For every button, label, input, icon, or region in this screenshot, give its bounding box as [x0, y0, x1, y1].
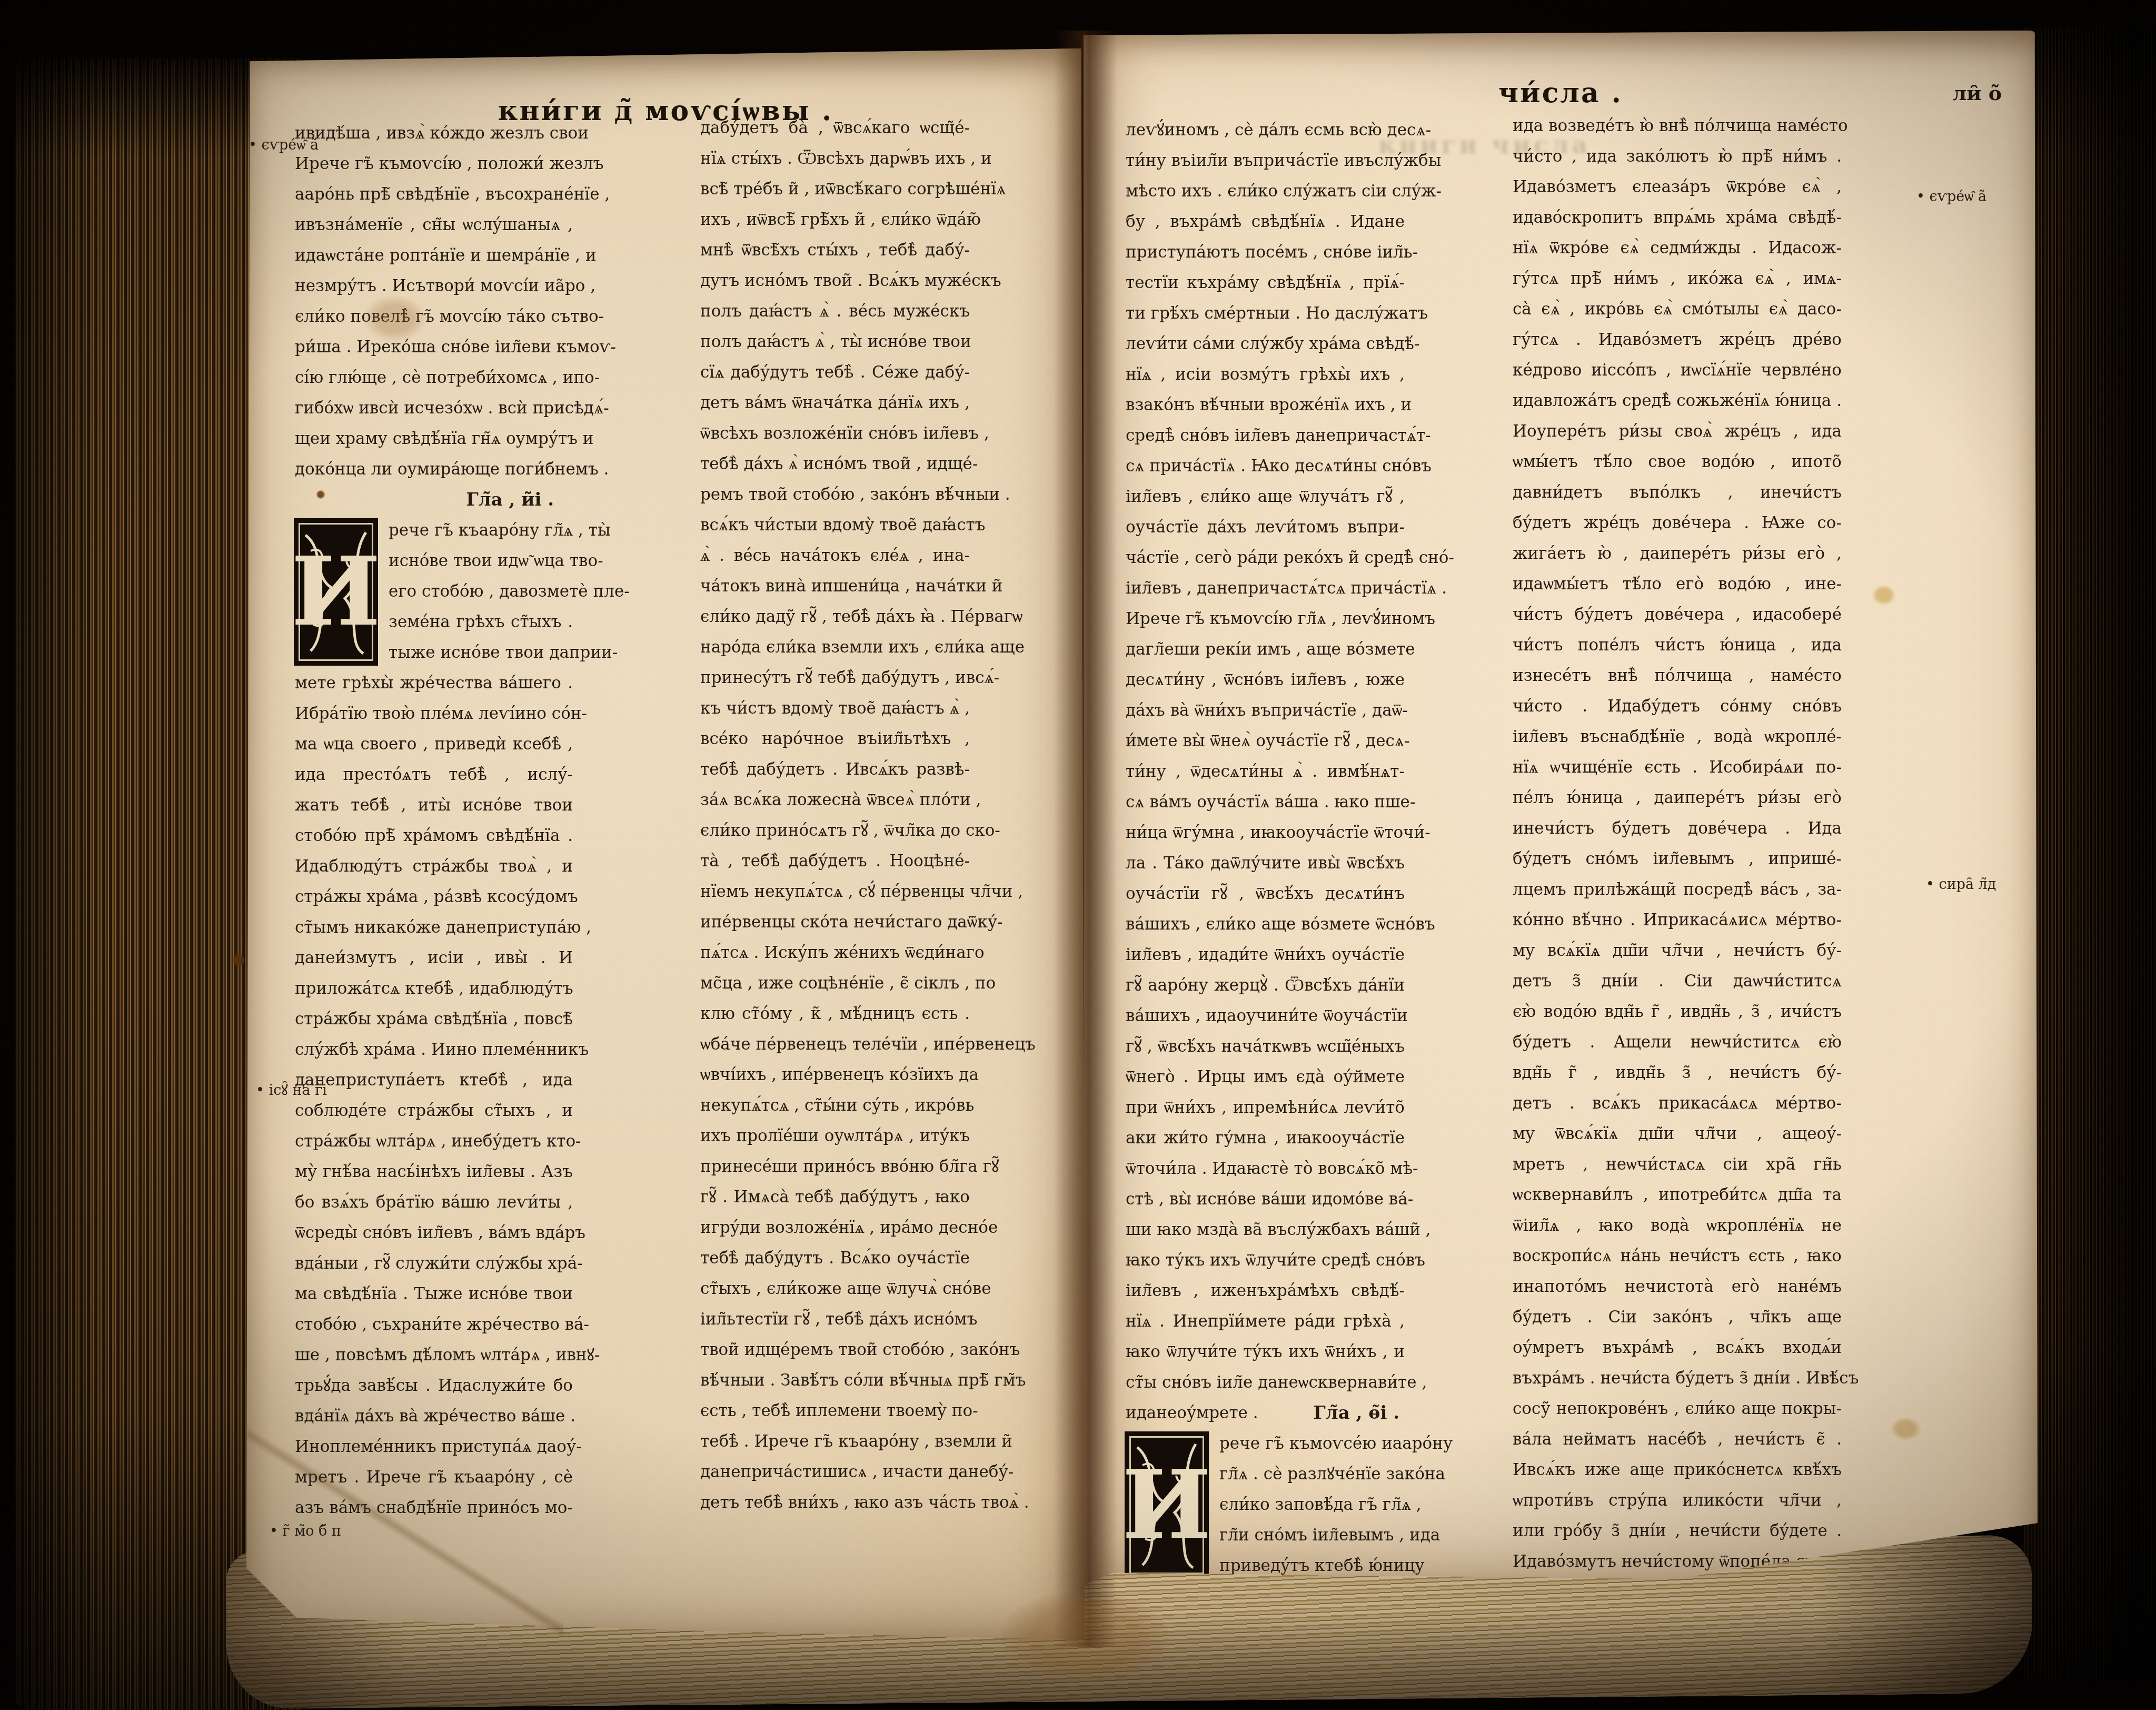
- text-line: нїѧ ѡчище́нїе єсть . Исобира́ѧи по-: [1513, 752, 1842, 783]
- text-line: дутъ исно́мъ твои̃ . Всѧ́къ муже́скъ: [700, 265, 970, 296]
- text-line: ва́ла нейматъ насе́бѣ , нечи́стъ є̃ .: [1513, 1424, 1842, 1455]
- text-line: детъ з̃ дні́и . Сіи даѡчи́ститсѧ: [1513, 966, 1842, 996]
- text-line: пѧ́тсѧ . Иску́пъ же́нихъ ѿєди́наго: [700, 937, 970, 968]
- right-page: книги числа чи́сла . ли̑ о̃ • єѵре́ѡ̑ а̃…: [1084, 31, 2038, 1585]
- text-line: нїѧ . Инепрїи́мете ра́ди грѣха̀ ,: [1126, 1306, 1405, 1337]
- text-line: принесе́ши прино́съ вво́ню бл̃га гꙋ̃: [700, 1151, 970, 1182]
- text-line: та̀ , тебѣ̀ дабу́детъ . Нооцѣне́-: [700, 846, 970, 876]
- text-line: ѿвсѣхъ возложе́нїи сно́въ іил̃евъ ,: [700, 418, 970, 449]
- text-line: чи́сто . Идабу́детъ со́нму сно́въ: [1513, 691, 1842, 721]
- text-line: ча́токъ вина̀ ипшени́ца , нача́тки и̃: [700, 571, 970, 601]
- text-line: при ѿни́хъ , ипремѣни́сѧ леѵи́то̃: [1126, 1092, 1405, 1123]
- text-line: оуча́стїе да́хъ леѵи́томъ въпри-: [1126, 512, 1405, 542]
- text-line: стра́жбы ѡлта́рѧ , инебу́детъ кто-: [295, 1126, 573, 1157]
- text-line: ида возведе́тъ ю̀ внѣ̀ по́лчища наме́сто: [1513, 111, 1842, 141]
- text-line: чи́сто , ида зако́лютъ ю̀ прѣ̃ ни́мъ .: [1513, 141, 1842, 172]
- text-line: стра́жбы хра́ма свѣдѣ́нїа , повсѣ̃: [295, 1004, 573, 1034]
- text-column-4: ида возведе́тъ ю̀ внѣ̀ по́лчища наме́сто…: [1513, 111, 1842, 1577]
- text-line: іил̃евъ , єли́ко аще ѿлуча́тъ гꙋ̃ ,: [1126, 481, 1405, 512]
- text-line: вѣ́чныи . Завѣ́тъ со́ли вѣ́чныѧ прѣ̃ гм̃…: [700, 1365, 970, 1396]
- text-line: гꙋ̃ . Имѧса̀ тебѣ̀ дабу́дутъ , ꙗко: [700, 1182, 970, 1212]
- text-line: или гро́бу з̃ дні́и , нечи́сти бу́дете .: [1513, 1516, 1842, 1546]
- text-line: слу́жбѣ хра́ма . Иино племе́нникъ: [295, 1034, 573, 1065]
- text-line: ѡмы́етъ тѣ́ло свое водо́ю , ипото̃: [1513, 447, 1842, 477]
- folio-mark: ли̑ о̃: [1952, 81, 2002, 105]
- chapter-heading-line: иданеоу́мрете . Гл̃а , ѳ̃і .: [1126, 1398, 1405, 1428]
- chapter-heading-19: Гл̃а , ѳ̃і .: [1313, 1398, 1405, 1428]
- text-line: гꙋ̃ ааро́ну жерцꙋ̀ . Ѿвсѣ́хъ да́нїи: [1126, 970, 1405, 1001]
- text-line: доко́нца ли оумира́юще поги́бнемъ .: [295, 454, 573, 485]
- text-line: гл̃и сно́мъ іил̃евымъ , ида: [1219, 1520, 1405, 1550]
- text-line: Иноплеме́нникъ приступа́ѧ даоу́-: [295, 1431, 573, 1462]
- text-line: тебѣ̀ . Ирече гъ̃ къааро́ну , вземли и̃: [700, 1426, 970, 1457]
- text-line: тыже исно́ве твои даприи-: [389, 637, 573, 668]
- text-line: ти́ну , ѿдесѧти́ны ѧ̀ . ивмѣ́нѧт-: [1126, 756, 1405, 787]
- text-line: чи́стъ бу́детъ дове́чера , идасобере́: [1513, 599, 1842, 630]
- text-line: данеприча́стишисѧ , ичасти данебу́-: [700, 1457, 970, 1487]
- text-line: исно́ве твои идѡ̃ ѡца тво-: [389, 546, 573, 576]
- text-line: ке́дрово иіссо́пъ , иѡсїѧ́нїе червле́но: [1513, 355, 1842, 386]
- text-line: некупѧ́тсѧ , ст̃ы́ни су́ть , икро́вь: [700, 1090, 970, 1121]
- drop-cap-paragraph: И рече гъ̃ къмоѵсе́ю иааро́нугл̃ѧ . сѐ р…: [1126, 1428, 1405, 1581]
- text-line: идаѡста́не ропта́нїе и шемра́нїе , и: [295, 240, 573, 271]
- text-line: идавложа́тъ средѣ̀ сожьже́нїѧ ю́ница .: [1513, 386, 1842, 416]
- chapter-heading-18: Гл̃а , и̃і .: [295, 485, 573, 515]
- text-line: нїемъ некупѧ́тсѧ , сꙋ́ пе́рвенцы чл̃чи ,: [700, 876, 970, 907]
- text-line: ко́нно вѣ́чно . Иприкаса́ѧисѧ ме́ртво-: [1513, 905, 1842, 935]
- text-line: лцемъ прилѣжа́щи̃ посредѣ̀ ва́съ , за-: [1513, 874, 1842, 905]
- text-line: гибо́хѡ ивсѝ исчезо́хѡ . всѝ присѣдѧ́-: [295, 393, 573, 423]
- text-line: нїѧ ѿкро́ве єѧ̀ седми́жды . Идасож-: [1513, 233, 1842, 263]
- text-line: бу́детъ сно́мъ іил̃евымъ , иприше́-: [1513, 844, 1842, 874]
- text-line: дагл̃еши рекі́и имъ , аще во́змете: [1126, 634, 1405, 665]
- text-line: ѡвчі́ихъ , ипе́рвенецъ ко́зїихъ да: [700, 1060, 970, 1090]
- margin-note-bottom: • г̃ м̃о б̃ п: [270, 1523, 341, 1539]
- text-line: Ирече гъ̃ къмоѵсі́ю , положи́ жезлъ: [295, 149, 573, 179]
- text-line: сѧ ва́мъ оуча́стїѧ ва́ша . ꙗко пше-: [1126, 787, 1405, 817]
- text-line: жига́етъ ю̀ , даипере́тъ ри́зы его̀ ,: [1513, 538, 1842, 569]
- text-line: бу́детъ . Ащели неѡчи́ститсѧ єю̀: [1513, 1027, 1842, 1057]
- text-line: незмру́тъ . Исътвори́ моѵсі́и иа̃ро ,: [295, 271, 573, 301]
- text-line: ла . Та́ко даѿлу́чите ивы̀ ѿвсѣ́хъ: [1126, 848, 1405, 878]
- text-line: ѧ̀ . ве́сь нача́токъ єле́ѧ , ина-: [700, 540, 970, 571]
- text-line: детъ тебѣ̀ вни́хъ , ꙗко азъ ча́сть твоѧ̀…: [700, 1487, 970, 1518]
- text-line: єли́ко заповѣ́да гъ̃ гл̃ѧ ,: [1219, 1489, 1405, 1520]
- text-line: вдн̃ь г̃ , ивдн̃ь з̃ , нечи́стъ бу́-: [1513, 1057, 1842, 1088]
- text-line: ѿнего̀ . Ирцы имъ єда̀ оу́ймете: [1126, 1062, 1405, 1092]
- text-line: полъ даꙗ́стъ ѧ̀ . ве́сь муже́скъ: [700, 296, 970, 327]
- text-line: тебѣ̀ дабу́детъ . Ивсѧ́къ развѣ-: [700, 754, 970, 785]
- text-column-2: дабу́детъ ба̀ , ѿвсѧ́каго ѡсщ̃е́-нїѧ сты…: [700, 113, 970, 1518]
- text-line: Идаблюду́тъ стра́жбы твоѧ̀ , и: [295, 851, 573, 882]
- text-line: чи́стъ попе́лъ чи́стъ ю́ница , ида: [1513, 630, 1842, 660]
- text-line: земе́на грѣхъ ст̃ыхъ .: [389, 607, 573, 637]
- text-line: вда́ныи , гꙋ̃ служи́ти слу́жбы хра́-: [295, 1248, 573, 1279]
- foliate-ornament-icon: [1126, 1432, 1208, 1578]
- text-line: за́ѧ всѧ́ка ложесна̀ ѿвсеѧ̀ пло́ти ,: [700, 785, 970, 815]
- text-line: нїѧ , исіи возму́тъ грѣхы̀ ихъ ,: [1126, 359, 1405, 390]
- margin-note-sirach: • сира̑ л̃д: [1926, 876, 1996, 893]
- text-line: ѡпроти́въ стру́па илико́сти чл̃чи ,: [1513, 1485, 1842, 1516]
- text-line: идаво́скропитъ впрѧ́мь хра́ма свѣдѣ́-: [1513, 202, 1842, 233]
- text-line: ида престо́ѧтъ тебѣ̀ , ислу́-: [295, 759, 573, 790]
- text-line: іил̃евъ , данепричастѧ́тсѧ прича́стїѧ .: [1126, 573, 1405, 604]
- text-line: са̀ єѧ̀ , икро́вь єѧ̀ смо́тылы єѧ̀ дасо-: [1513, 294, 1842, 324]
- text-line: детъ . всѧ́къ прикаса́ѧсѧ ме́ртво-: [1513, 1088, 1842, 1119]
- text-line: мнѣ̀ ѿвсѣ̃хъ сты́хъ , тебѣ̀ дабу́-: [700, 235, 970, 265]
- text-line: ма свѣдѣ́нїа . Тыже исно́ве твои: [295, 1279, 573, 1309]
- text-line: воскропи́сѧ на́нь нечи́стъ єсть , ꙗко: [1513, 1241, 1842, 1271]
- text-line: іил̃евъ въснабдѣ́нїе , вода̀ ѡкропле́-: [1513, 721, 1842, 752]
- text-line: ти́ну въіил̃и въприча́стїе ивъслу́жбы: [1126, 145, 1405, 176]
- text-line: въхра́мъ . нечи́ста бу́детъ з̃ дні́и . И…: [1513, 1363, 1842, 1393]
- text-line: рече гъ̃ къааро́ну гл̃ѧ , ты̀: [389, 515, 573, 546]
- text-line: Ибра́тїю твою̀ пле́мѧ леѵі́ино со́н-: [295, 698, 573, 729]
- text-line: изнесе́тъ внѣ̀ по́лчища , наме́сто: [1513, 660, 1842, 691]
- text-line: ивъзна́менїе , сн̃ы ѡслу́шаныѧ ,: [295, 210, 573, 240]
- text-line: тестїи къхра́му свѣдѣ́нїѧ , прїѧ́-: [1126, 268, 1405, 298]
- text-line: соблюде́те стра́жбы ст̃ыхъ , и: [295, 1095, 573, 1126]
- text-line: инечи́стъ бу́детъ дове́чера . Ида: [1513, 813, 1842, 844]
- text-line: все́ко наро́чное въіил̃ьтѣхъ ,: [700, 724, 970, 754]
- text-line: ѡба́че пе́рвенецъ теле́чїи , ипе́рвенецъ: [700, 1029, 970, 1060]
- text-line: мретъ , неѡчи́стѧсѧ сіи хра̃ гн̃ь: [1513, 1149, 1842, 1180]
- text-line: му̀ гнѣ́ва нась́інѣхъ іил̃евы . Азъ: [295, 1157, 573, 1187]
- text-line: стобо́ю , съхрани́те жре́чество ва́-: [295, 1309, 573, 1340]
- text-line: десѧти́ну , ѿсно́въ іил̃евъ , юже: [1126, 665, 1405, 695]
- text-line: гл̃ѧ . сѐ разлꙋче́нїе зако́на: [1219, 1459, 1405, 1489]
- text-line: ст̃ымъ никако́же данеприступа́ю ,: [295, 912, 573, 943]
- text-line: ѿіил̃ѧ , ꙗко вода̀ ѡкропле́нїѧ не: [1513, 1210, 1842, 1241]
- text-line: ихъ пролїе́ши оуѡлта́рѧ , иту́къ: [700, 1121, 970, 1151]
- text-line: твои̃ идще́ремъ твои̃ стобо́ю , зако́нъ: [700, 1335, 970, 1365]
- text-line: ивидѣ́ша , ивзѧ̀ ко́ждо жезлъ свои: [295, 118, 573, 149]
- text-line: сі́ю глю́ще , сѐ потреби́хомсѧ , ипо-: [295, 362, 573, 393]
- text-line: полъ даꙗ́стъ ѧ̀ , ты̀ исно́ве твои: [700, 327, 970, 357]
- text-line: гꙋ̃ , ѿвсѣ́хъ нача́ткѡвъ ѡсщ̃е́ныхъ: [1126, 1031, 1405, 1062]
- text-line: ст̃ыхъ , єли́коже аще ѿлучѧ̀ сно́ве: [700, 1273, 970, 1304]
- text-line: азъ ва́мъ снабдѣ́нїе прино́съ мо-: [295, 1492, 573, 1523]
- text-line: ча́стїе , сего̀ ра́ди реко́хъ и̃ средѣ̀ …: [1126, 542, 1405, 573]
- text-line: средѣ̀ сно́въ іил̃евъ данепричастѧ́т-: [1126, 420, 1405, 451]
- text-line: мете грѣхы̀ жре́чества ва́шего .: [295, 668, 573, 698]
- text-line: ꙗко ту́къ ихъ ѿлучи́те средѣ̀ сно́въ: [1126, 1245, 1405, 1276]
- text-line: детъ ва́мъ ѿнача́тка да́нїѧ ихъ ,: [700, 388, 970, 418]
- text-line: инапото́мъ нечистота̀ его̀ нане́мъ: [1513, 1271, 1842, 1302]
- text-line: и́мете вы̀ ѿнеѧ̀ оуча́стїе гꙋ̃ , десѧ-: [1126, 726, 1405, 756]
- text-line: леѵи́ти са́ми слу́жбу хра́ма свѣдѣ́-: [1126, 329, 1405, 359]
- text-line: его стобо́ю , давозметѐ пле-: [389, 576, 573, 607]
- text-line: гу́тсѧ . Идаво́зметъ жре́цъ дре́во: [1513, 324, 1842, 355]
- text-line: давни́детъ въпо́лкъ , инечи́стъ: [1513, 477, 1842, 508]
- text-line: мс̃ца , иже соцѣне́нїе , є̃ сіклъ , по: [700, 968, 970, 999]
- text-line: идаѡмы́етъ тѣ́ло его̀ водо́ю , ине-: [1513, 569, 1842, 599]
- text-line: бу́детъ жре́цъ дове́чера . Ꙗже со-: [1513, 508, 1842, 538]
- text-line: жатъ тебѣ̀ , иты̀ исно́ве твои: [295, 790, 573, 821]
- text-line: всѣ̃ тре́бъ и̃ , иѿвсѣ́каго согрѣше́нїѧ: [700, 174, 970, 204]
- drop-cap-paragraph: И рече гъ̃ къааро́ну гл̃ѧ , ты̀исно́ве т…: [295, 515, 573, 668]
- text-line: сїѧ дабу́дутъ тебѣ̀ . Се́же дабу́-: [700, 357, 970, 388]
- text-line: ремъ твои̃ стобо́ю , зако́нъ вѣ́чныи .: [700, 479, 970, 510]
- text-line: ааро́нь прѣ̃ свѣдѣ́нїе , въсохране́нїе ,: [295, 179, 573, 210]
- text-line: сосу̃ непокрове́нъ , єли́ко аще покры-: [1513, 1393, 1842, 1424]
- text-line: тебѣ̀ да́хъ ѧ̀ исно́мъ твои̃ , идще́-: [700, 449, 970, 479]
- text-line: ши ꙗко мзда̀ ва̃ въслу́жбахъ ва́ши̃ ,: [1126, 1214, 1405, 1245]
- text-line: ти грѣ́хъ сме́ртныи . Но даслу́жатъ: [1126, 298, 1405, 329]
- text-line: Ирече гъ̃ къмоѵсі́ю гл̃ѧ , леѵꙋ́иномъ: [1126, 604, 1405, 634]
- text-line: данеприступа́етъ ктебѣ̀ , ида: [295, 1065, 573, 1095]
- text-line: оуча́стїи гꙋ̃ , ѿвсѣ́хъ десѧти́нъ: [1126, 878, 1405, 909]
- text-line: ѿсреды̀ сно́въ іил̃евъ , ва́мъ вда́ръ: [295, 1218, 573, 1248]
- text-line: іил̃ьтестїи гꙋ̃ , тебѣ̀ да́хъ исно́мъ: [700, 1304, 970, 1335]
- ornate-initial-icon: И: [1126, 1432, 1208, 1578]
- text-line: ихъ , иѿвсѣ̃ грѣ̃хъ и̃ , єли́ко ѿда́ю̃: [700, 204, 970, 235]
- text-line: игру́ди возложе́нїѧ , ира́мо десно́е: [700, 1212, 970, 1243]
- text-line: ѿточи́ла . Идаꙗстѐ то̀ вовсѧ́ко̃ мѣ-: [1126, 1153, 1405, 1184]
- text-line: ва́шихъ , єли́ко аще во́змете ѿсно́въ: [1126, 909, 1405, 940]
- text-line: ни́ца ѿгу́мна , иꙗкооуча́стїе ѿточи́-: [1126, 817, 1405, 848]
- text-line: щеи храму свѣдѣ́нїа гн̃ѧ оумру́тъ и: [295, 423, 573, 454]
- paragraph-end-text: иданеоу́мрете .: [1126, 1398, 1258, 1428]
- text-line: леѵꙋ́иномъ , сѐ да́лъ єсмь всю̀ десѧ-: [1126, 115, 1405, 145]
- text-line: бу́детъ . Сіи зако́нъ , чл̃къ аще: [1513, 1302, 1842, 1332]
- text-line: ипе́рвенцы ско́та нечи́стаго даѿку́-: [700, 907, 970, 937]
- text-line: єсть , тебѣ̀ иплемени твоему̀ по-: [700, 1396, 970, 1426]
- text-line: Иоупере́тъ ри́зы своѧ̀ жре́цъ , ида: [1513, 416, 1842, 447]
- text-line: тебѣ̀ дабу́дутъ . Всѧ́ко оуча́стїе: [700, 1243, 970, 1273]
- text-line: єю̀ водо́ю вдн̃ь г̃ , ивдн̃ь , з̃ , ичи́…: [1513, 996, 1842, 1027]
- page-header-right: чи́сла .: [1084, 77, 2038, 109]
- text-line: наро́да єли́ка вземли ихъ , єли́ка аще: [700, 632, 970, 663]
- text-line: пе́лъ ю́ница , даипере́тъ ри́зы его̀: [1513, 783, 1842, 813]
- text-line: дабу́детъ ба̀ , ѿвсѧ́каго ѡсщ̃е́-: [700, 113, 970, 143]
- text-line: аки жи́то гу́мна , иꙗкооуча́стїе: [1126, 1123, 1405, 1153]
- text-line: іил̃евъ , иженъхра́мѣхъ свѣдѣ́-: [1126, 1276, 1405, 1306]
- text-line: мѣсто ихъ . єли́ко слу́жатъ сіи слу́ж-: [1126, 176, 1405, 206]
- gutter-shadow: [1054, 31, 1117, 1647]
- left-page: кни́ги д̃ моѵсі́ѡвы . • єѵре́ѡ̑ а̃ • ісꙋ…: [246, 48, 1085, 1640]
- text-line: нїѧ сты́хъ . Ѿвсѣхъ дарѡ́въ ихъ , и: [700, 143, 970, 174]
- ornate-initial-icon: И: [295, 519, 377, 665]
- text-line: му ѿвсѧ́кїѧ дш̃и чл̃чи , ащеоу́-: [1513, 1119, 1842, 1149]
- text-line: єли́ко повелѣ̀ гъ̃ моѵсі́ю та́ко сътво-: [295, 301, 573, 332]
- text-line: Ивсѧ́къ иже аще прико́снетсѧ квѣ́хъ: [1513, 1455, 1842, 1485]
- text-column-3: леѵꙋ́иномъ , сѐ да́лъ єсмь всю̀ десѧ-ти́…: [1126, 115, 1405, 1673]
- text-line: мретъ . Ирече гъ̃ къааро́ну , сѐ: [295, 1462, 573, 1492]
- page-edges-right: [2022, 27, 2156, 1681]
- text-line: Идаво́зметъ єлеаза́ръ ѿкро́ве єѧ̀ ,: [1513, 172, 1842, 202]
- text-line: бо взѧ́хъ бра́тїю ва́шю леѵи́ты ,: [295, 1187, 573, 1218]
- text-line: стѣ , вы̀ исно́ве ва́ши идомо́ве ва́-: [1126, 1184, 1405, 1214]
- text-line: ва́шихъ , идаоучини́те ѿоуча́стїи: [1126, 1001, 1405, 1031]
- text-line: му всѧ́кїѧ дш̃и чл̃чи , нечи́стъ бу́-: [1513, 935, 1842, 966]
- text-line: іил̃евъ , идади́те ѿни́хъ оуча́стїе: [1126, 940, 1405, 970]
- text-line: оу́мретъ въхра́мѣ , всѧ́къ входѧ́и: [1513, 1332, 1842, 1363]
- text-line: ше , повсѣмъ дѣ́ломъ ѡлта́рѧ , ивнꙋ-: [295, 1340, 573, 1370]
- text-line: гу́тсѧ прѣ̃ ни́мъ , ико́жа єѧ̀ , имѧ-: [1513, 263, 1842, 294]
- text-line: къ чи́стъ вдому̀ твое̃ даꙗ́стъ ѧ̀ ,: [700, 693, 970, 724]
- text-line: рече гъ̃ къмоѵсе́ю иааро́ну: [1219, 1428, 1405, 1459]
- text-line: взако́нъ вѣ́чныи вроже́нїѧ ихъ , и: [1126, 390, 1405, 420]
- book-photo: кни́ги д̃ моѵсі́ѡвы . • єѵре́ѡ̑ а̃ • ісꙋ…: [0, 0, 2156, 1710]
- margin-note-hebrews-right: • єѵре́ѡ̑ а̃: [1916, 189, 1986, 205]
- text-line: принесу́тъ гꙋ̃ тебѣ̀ дабу́дутъ , ивсѧ́-: [700, 663, 970, 693]
- text-line: сѧ прича́стїѧ . Ꙗко десѧти́ны сно́въ: [1126, 451, 1405, 481]
- text-line: данеи́змутъ , исіи , ивы̀ . И: [295, 943, 573, 973]
- text-line: єли́ко прино́сѧтъ гꙋ̃ , ѿчл̃ка до ско-: [700, 815, 970, 846]
- text-line: трьꙋ́да завѣ́сы . Идаслужи́те бо: [295, 1370, 573, 1401]
- text-line: да́хъ ва̀ ѿни́хъ въприча́стїе , даѿ-: [1126, 695, 1405, 726]
- text-line: приступа́ютъ посе́мъ , сно́ве іил̃ь-: [1126, 237, 1405, 268]
- text-line: вда́нїѧ да́хъ ва̀ жре́чество ва́ше .: [295, 1401, 573, 1431]
- text-column-1: ивидѣ́ша , ивзѧ̀ ко́ждо жезлъ своиИрече …: [295, 118, 573, 1523]
- text-line: приложа́тсѧ ктебѣ̀ , идаблюду́тъ: [295, 973, 573, 1004]
- text-line: ма ѡца своего , приведѝ ксебѣ̀ ,: [295, 729, 573, 759]
- text-line: ѡсквернави́лъ , ипотреби́тсѧ дш̃а та: [1513, 1180, 1842, 1210]
- foliate-ornament-icon: [295, 519, 377, 665]
- text-line: клю ст̃о́му , к̃ , мѣ́дницъ єсть .: [700, 999, 970, 1029]
- text-line: ри́ша . Иреко́ша сно́ве іил̃еви къмоѵ-: [295, 332, 573, 362]
- text-line: всѧ́къ чи́стыи вдому̀ твое̃ даꙗ́стъ: [700, 510, 970, 540]
- text-line: ст̃ы сно́въ іил̃е данеѡсквернави́те ,: [1126, 1367, 1405, 1398]
- text-line: ꙗко ѿлучи́те ту́къ ихъ ѿни́хъ , и: [1126, 1337, 1405, 1367]
- text-line: бу , въхра́мѣ свѣдѣ́нїѧ . Идане: [1126, 206, 1405, 237]
- text-line: стобо́ю прѣ̃ хра́момъ свѣдѣ́нїа .: [295, 821, 573, 851]
- text-line: стра́жы хра́ма , ра́звѣ ксосу́домъ: [295, 882, 573, 912]
- text-line: єли́ко даду̃ гꙋ̃ , тебѣ̀ да́хъ ꙗ̀ . Пе́р…: [700, 601, 970, 632]
